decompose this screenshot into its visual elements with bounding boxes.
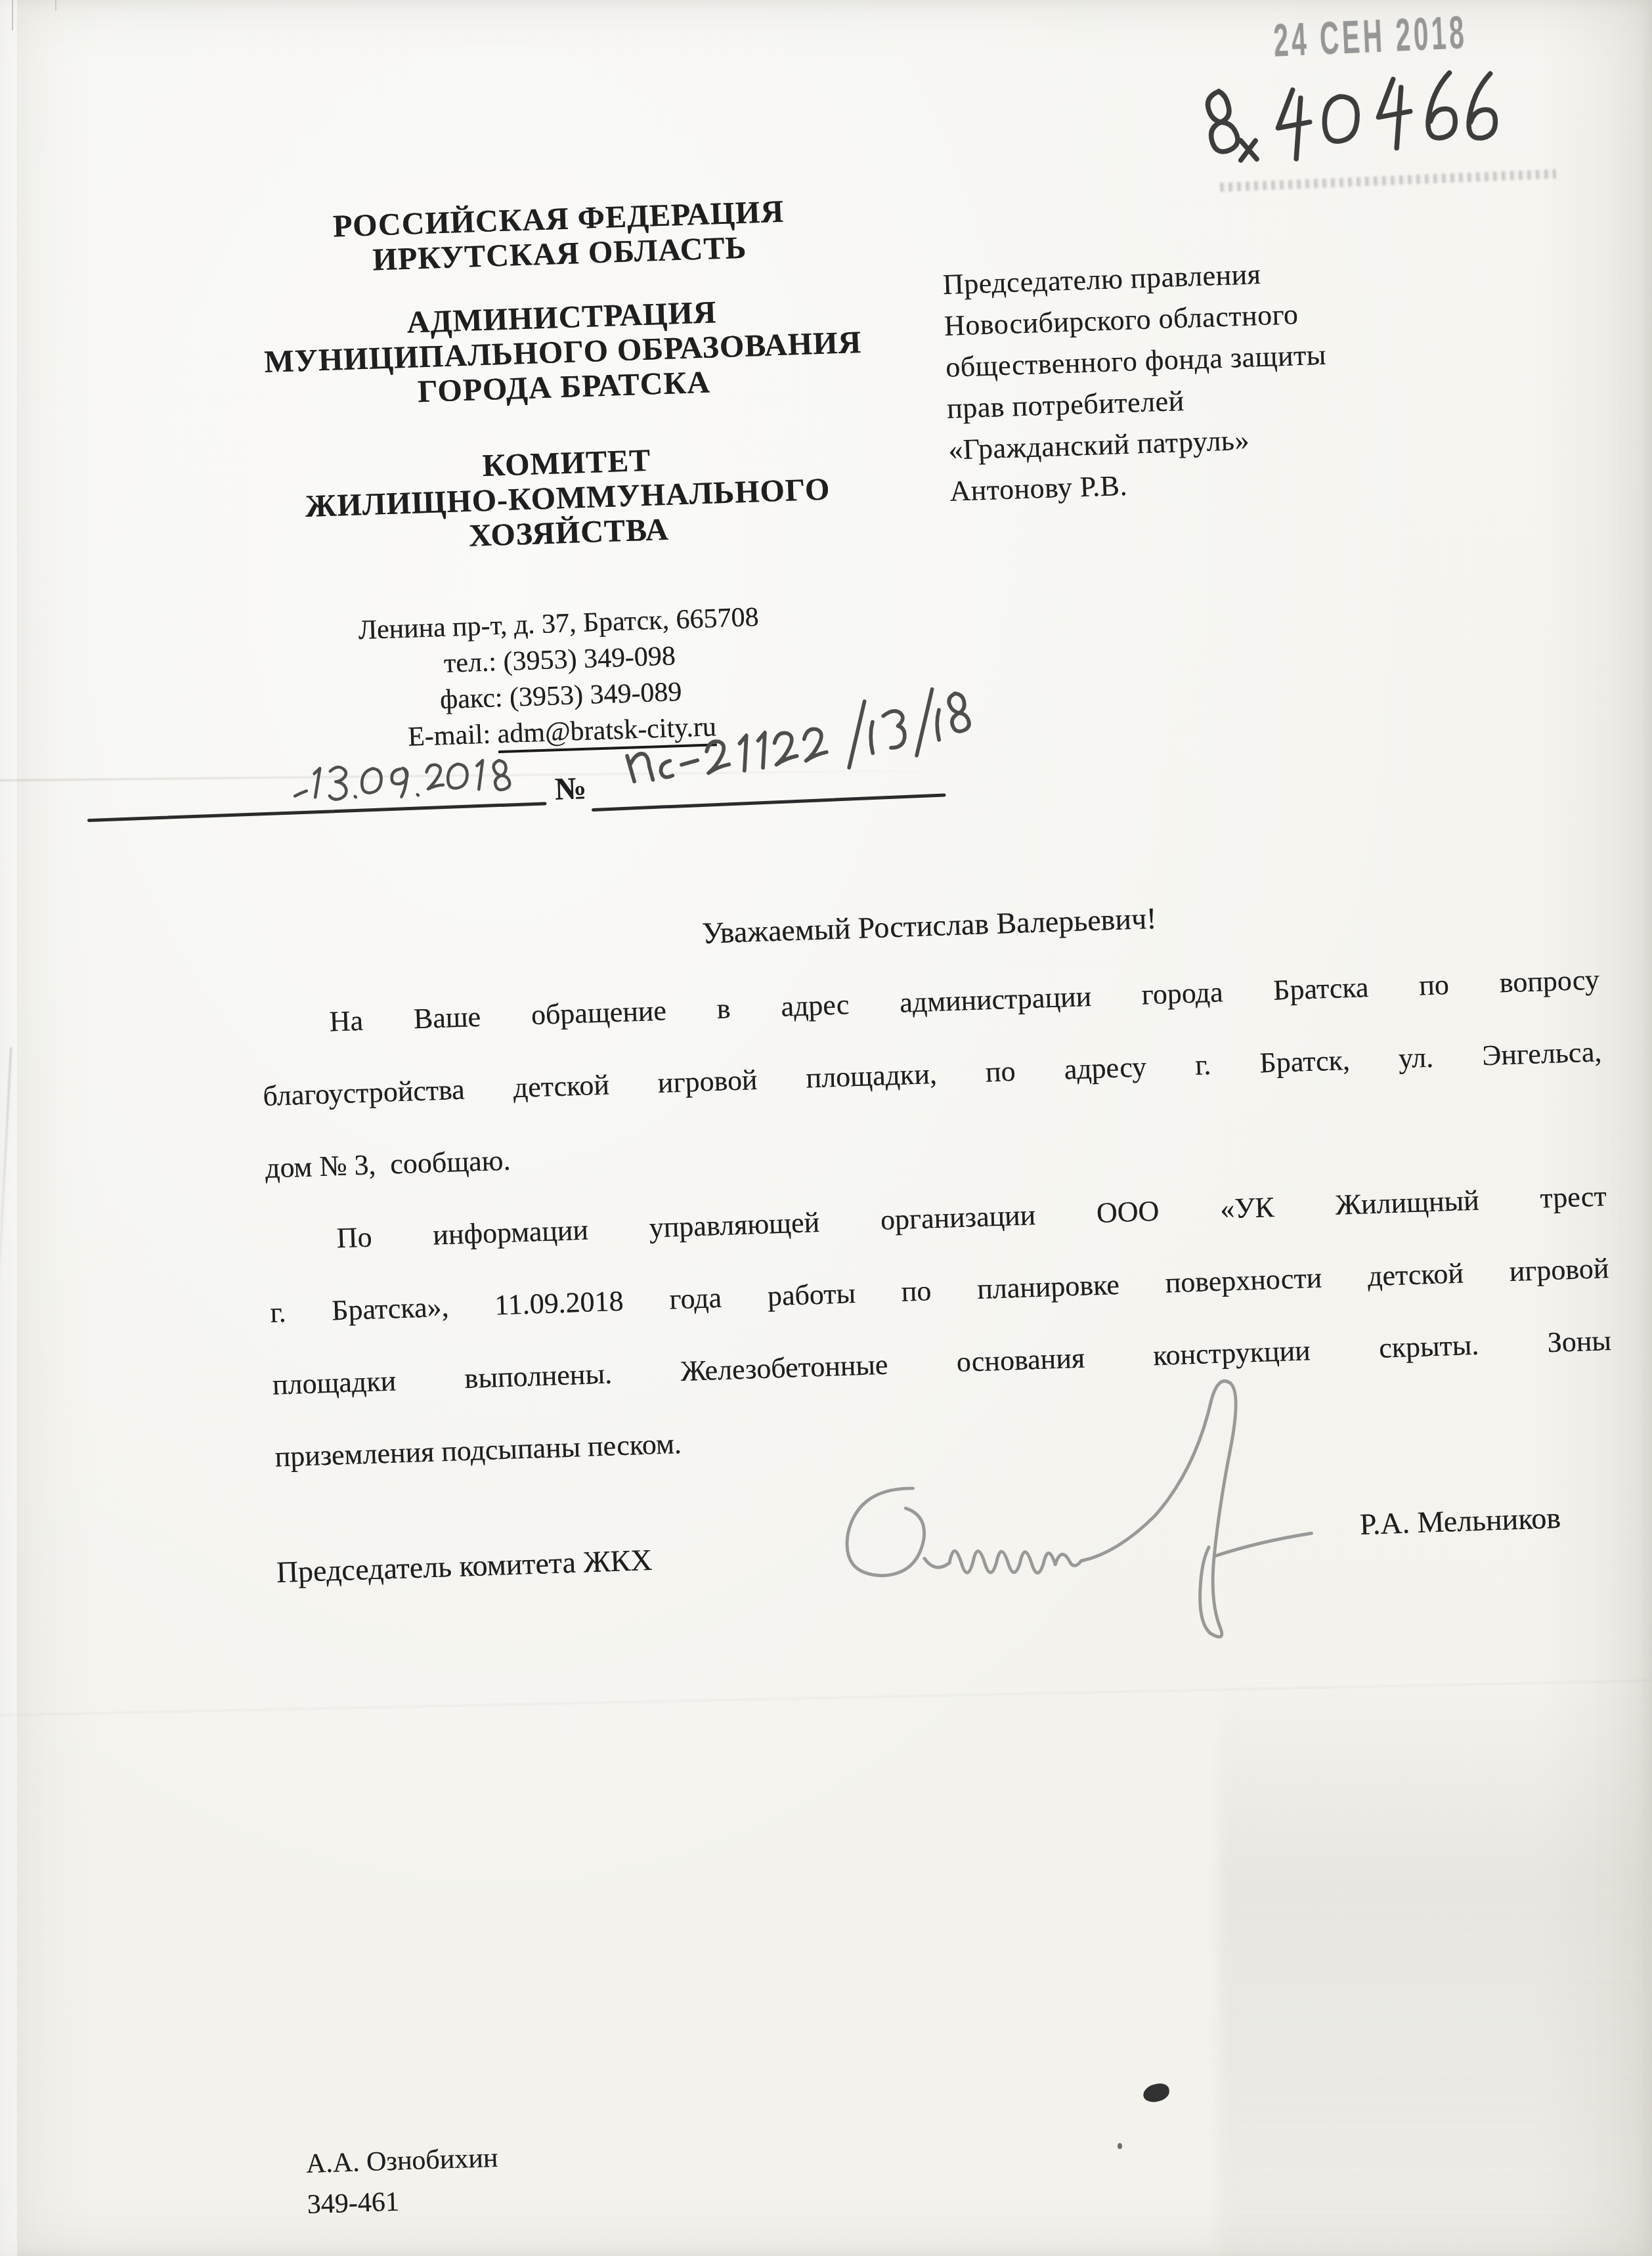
registration-date-stamp: 24 СЕН 2018 (1272, 6, 1468, 67)
signature-stroke (811, 1354, 1356, 1655)
executor-name: А.А. Ознобихин (305, 2138, 498, 2184)
scan-edge-sliver (12, 0, 13, 30)
number-sign: № (554, 770, 587, 808)
executor-phone: 349-461 (307, 2179, 500, 2225)
scan-shadow-region (1219, 1681, 1652, 2256)
executor-block: А.А. Ознобихин 349-461 (305, 2138, 500, 2225)
recipient-block: Председателю правления Новосибирского об… (942, 248, 1423, 512)
ink-speck (1118, 2143, 1122, 2149)
signer-position: Председатель комитета ЖКХ (276, 1542, 653, 1590)
letterhead: РОССИЙСКАЯ ФЕДЕРАЦИЯ ИРКУТСКАЯ ОБЛАСТЬ А… (223, 190, 904, 561)
ink-blot (1142, 2082, 1170, 2103)
incoming-number-handwriting (1182, 64, 1503, 184)
signer-name: Р.А. Мельников (1359, 1500, 1561, 1542)
scan-left-edge-band (0, 0, 18, 2256)
outgoing-date-handwriting (289, 745, 527, 806)
scanned-letter-page: 24 СЕН 2018 РОССИЙСКАЯ ФЕДЕРАЦИЯ ИРКУТСК… (0, 0, 1652, 2256)
scan-edge-sliver (55, 0, 56, 11)
